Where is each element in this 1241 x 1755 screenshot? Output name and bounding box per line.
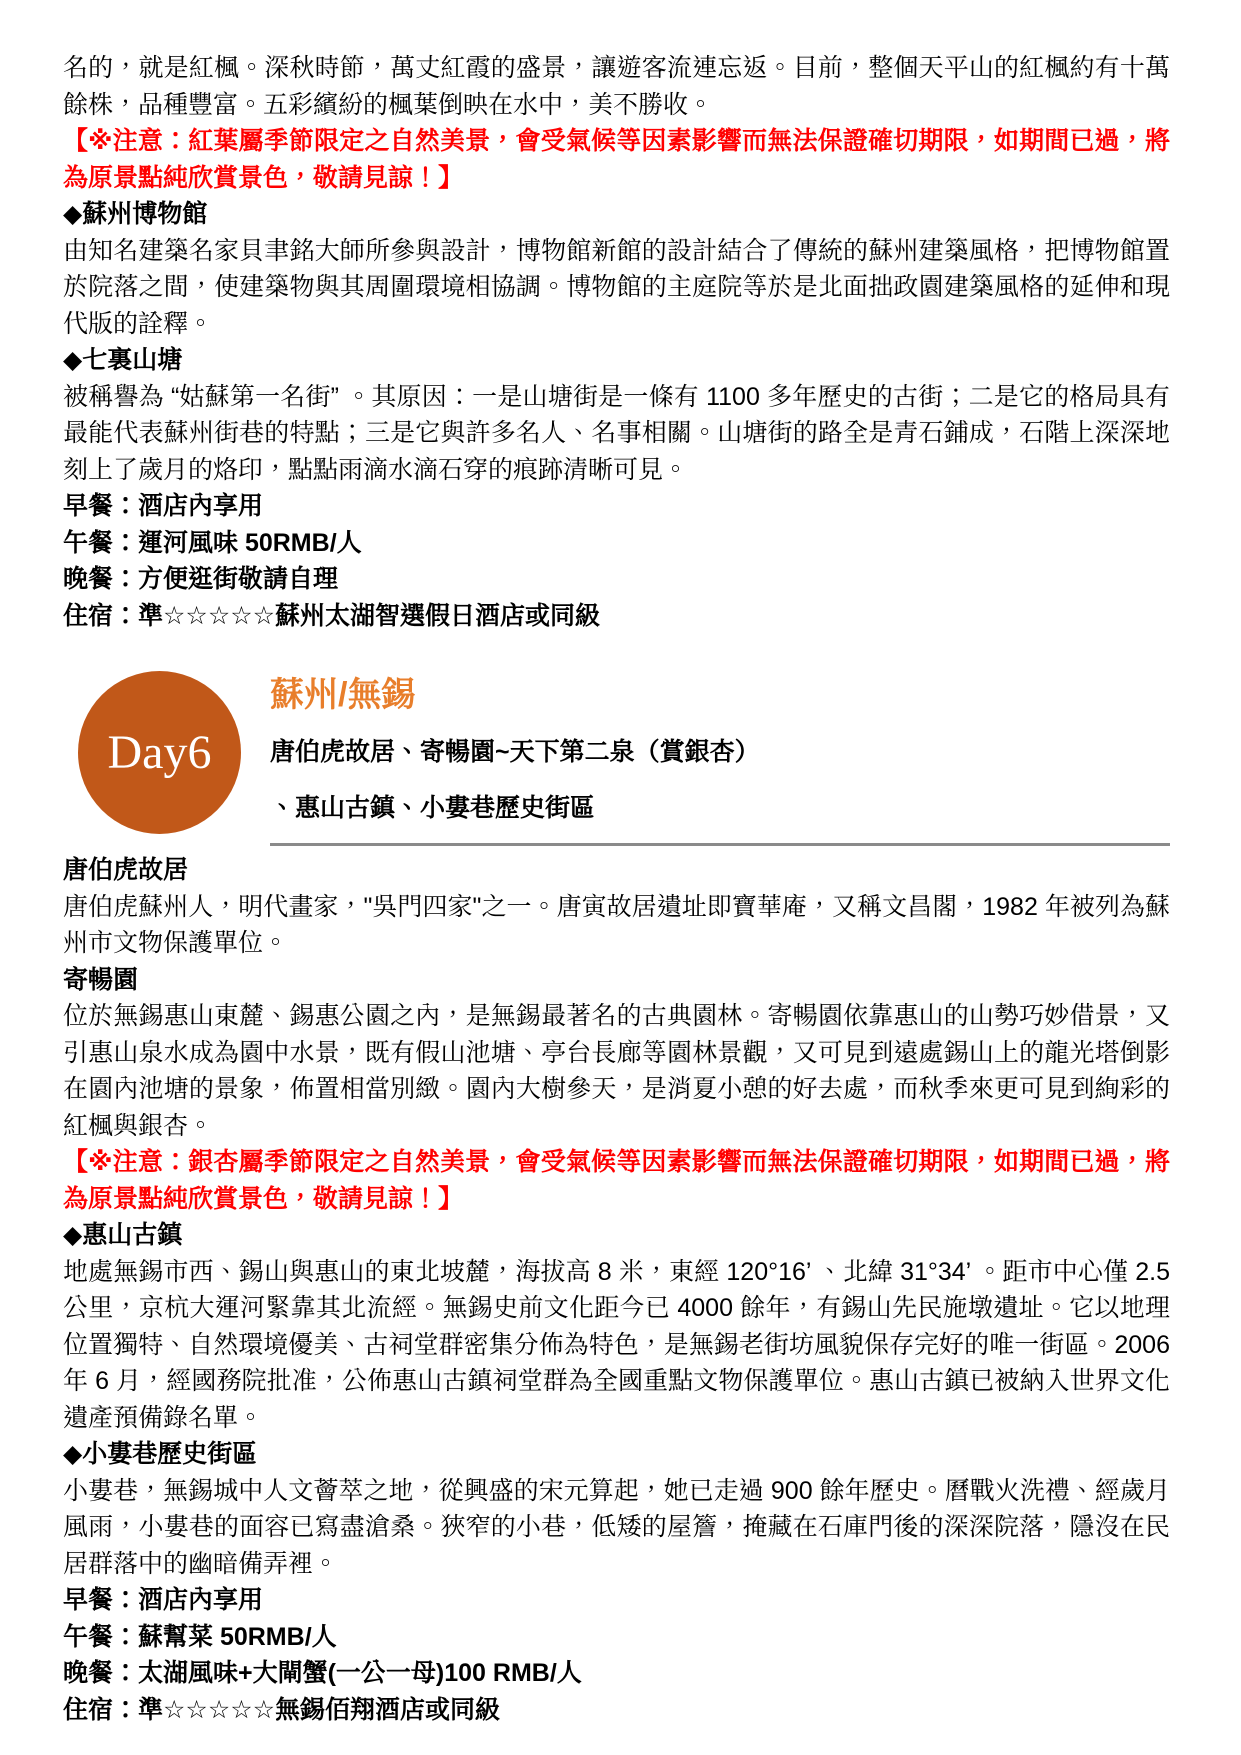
- breakfast-line: 早餐：酒店內享用: [63, 1582, 1170, 1619]
- seasonal-notice-ginkgo: 【※注意：銀杏屬季節限定之自然美景，會受氣候等因素影響而無法保證確切期限，如期間…: [63, 1144, 1170, 1217]
- section-body: 位於無錫惠山東麓、錫惠公園之內，是無錫最著名的古典園林。寄暢園依靠惠山的山勢巧妙…: [63, 998, 1170, 1144]
- day6-meals: 早餐：酒店內享用 午餐：蘇幫菜 50RMB/人 晚餐：太湖風味+大閘蟹(一公一母…: [63, 1582, 1170, 1728]
- intro-paragraph: 名的，就是紅楓。深秋時節，萬丈紅霞的盛景，讓遊客流連忘返。目前，整個天平山的紅楓…: [63, 50, 1170, 123]
- section-body: 被稱譽為 “姑蘇第一名街” 。其原因：一是山塘街是一條有 1100 多年歷史的古…: [63, 379, 1170, 489]
- lunch-line: 午餐：蘇幫菜 50RMB/人: [63, 1619, 1170, 1656]
- day6-route-line-1: 唐伯虎故居、寄暢園~天下第二泉（賞銀杏）: [270, 734, 1170, 771]
- hotel-line: 住宿：準☆☆☆☆☆蘇州太湖智選假日酒店或同級: [63, 598, 1170, 635]
- section-title: 唐伯虎故居: [63, 852, 1170, 889]
- section-body: 小婁巷，無錫城中人文薈萃之地，從興盛的宋元算起，她已走過 900 餘年歷史。曆戰…: [63, 1473, 1170, 1583]
- section-body: 由知名建築名家貝聿銘大師所參與設計，博物館新館的設計結合了傳統的蘇州建築風格，把…: [63, 233, 1170, 343]
- section-suzhou-museum: ◆蘇州博物館 由知名建築名家貝聿銘大師所參與設計，博物館新館的設計結合了傳統的蘇…: [63, 196, 1170, 342]
- dinner-line: 晚餐：方便逛街敬請自理: [63, 561, 1170, 598]
- day5-meals: 早餐：酒店內享用 午餐：運河風味 50RMB/人 晚餐：方便逛街敬請自理 住宿：…: [63, 488, 1170, 634]
- seasonal-notice-maple: 【※注意：紅葉屬季節限定之自然美景，會受氣候等因素影響而無法保證確切期限，如期間…: [63, 123, 1170, 196]
- section-tangbohu-residence: 唐伯虎故居 唐伯虎蘇州人，明代畫家，"吳門四家"之一。唐寅故居遺址即寶華庵，又稱…: [63, 852, 1170, 962]
- divider-line: [270, 843, 1170, 846]
- breakfast-line: 早餐：酒店內享用: [63, 488, 1170, 525]
- hotel-line: 住宿：準☆☆☆☆☆無錫佰翔酒店或同級: [63, 1692, 1170, 1729]
- dinner-line: 晚餐：太湖風味+大閘蟹(一公一母)100 RMB/人: [63, 1655, 1170, 1692]
- section-title: ◆惠山古鎮: [63, 1217, 1170, 1254]
- section-xiaolou-lane: ◆小婁巷歷史街區 小婁巷，無錫城中人文薈萃之地，從興盛的宋元算起，她已走過 90…: [63, 1436, 1170, 1582]
- section-huishan-ancient-town: ◆惠山古鎮 地處無錫市西、錫山與惠山的東北坡麓，海拔高 8 米，東經 120°1…: [63, 1217, 1170, 1436]
- section-title: ◆蘇州博物館: [63, 196, 1170, 233]
- section-title: ◆七裏山塘: [63, 342, 1170, 379]
- day6-header-info: 蘇州/無錫 唐伯虎故居、寄暢園~天下第二泉（賞銀杏） 、惠山古鎮、小婁巷歷史街區: [270, 671, 1170, 846]
- section-qili-shantang: ◆七裏山塘 被稱譽為 “姑蘇第一名街” 。其原因：一是山塘街是一條有 1100 …: [63, 342, 1170, 488]
- day6-title: 蘇州/無錫: [270, 675, 1170, 715]
- lunch-line: 午餐：運河風味 50RMB/人: [63, 525, 1170, 562]
- section-body: 地處無錫市西、錫山與惠山的東北坡麓，海拔高 8 米，東經 120°16’ 、北緯…: [63, 1254, 1170, 1437]
- day6-header: Day6 蘇州/無錫 唐伯虎故居、寄暢園~天下第二泉（賞銀杏） 、惠山古鎮、小婁…: [63, 671, 1170, 846]
- section-title: 寄暢園: [63, 962, 1170, 999]
- section-title: ◆小婁巷歷史街區: [63, 1436, 1170, 1473]
- section-jichang-garden: 寄暢園 位於無錫惠山東麓、錫惠公園之內，是無錫最著名的古典園林。寄暢園依靠惠山的…: [63, 962, 1170, 1145]
- day6-route-line-2: 、惠山古鎮、小婁巷歷史街區: [270, 790, 1170, 827]
- itinerary-page: 名的，就是紅楓。深秋時節，萬丈紅霞的盛景，讓遊客流連忘返。目前，整個天平山的紅楓…: [0, 0, 1241, 1755]
- day6-badge: Day6: [78, 671, 241, 834]
- section-body: 唐伯虎蘇州人，明代畫家，"吳門四家"之一。唐寅故居遺址即寶華庵，又稱文昌閣，19…: [63, 889, 1170, 962]
